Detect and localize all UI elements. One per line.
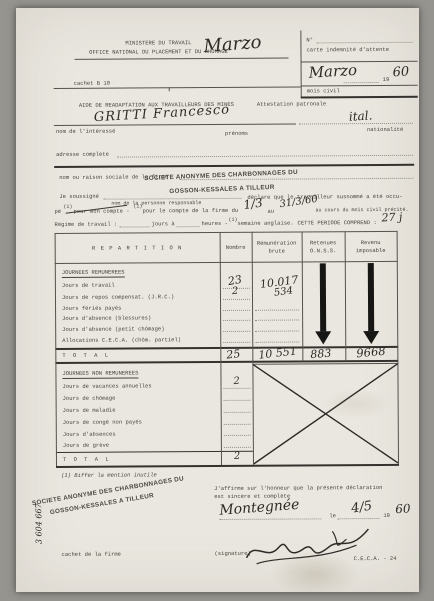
address-label: adresse complète [56,151,109,158]
row-label: Jours d'absence (petit chômage) [62,325,164,333]
arrow-down-retenues-head [315,331,331,344]
box-month-label: mois civil [307,87,340,94]
heures-label: heures - [202,220,228,227]
paper-stain [270,551,360,598]
handwritten-month: Marzo [203,32,263,57]
total1-label: T O T A L [62,352,110,359]
col-retenues-2: O.N.S.S. [302,247,345,254]
cell-remuneration: 534 [273,285,293,298]
box-bottom-rule [301,96,418,99]
stamp-number: 3 604 667 [34,503,43,544]
box-card-label: carte indemnité d'attente [306,46,389,54]
row-label: Jours de travail [62,282,115,289]
footnote: (1) Biffer la mention inutile [61,471,157,479]
declaration-intro: Je soussigné [59,193,99,200]
name-line [54,124,296,127]
total1-remuneration: 10 551 [258,345,298,362]
total1-revenu: 9668 [356,344,386,361]
box-month-line [344,82,379,83]
header-underline [75,58,289,60]
occ-rest: pour le compte de la firme du [142,207,238,215]
oath-line1: J'affirme sur l'honneur que la présente … [214,484,382,492]
row-label: Jours de grève [63,442,109,449]
box-month-value: Marzo [308,61,357,82]
box-number-label: N° [306,36,313,43]
form-ref: C.E.C.A. - 24 [354,555,397,562]
cell-nombre: 2 [233,376,240,387]
place-value: Montegnée [219,497,300,519]
row-label: Jours de chômage [63,395,116,402]
cell-nombre: 2 [232,286,239,297]
form-title-suffix: Attestation patronale [257,100,326,107]
cachet-top-label: cachet B 10 [74,80,110,87]
cachet-line [54,86,301,89]
arrow-down-revenu [368,263,374,331]
firm-stamp-line1: SOCIETE ANONYME DES CHARBONNAGES DU [144,169,298,182]
table-header-rule [55,261,398,264]
table-top-rule [55,231,398,234]
box-year-printed: 19 [383,76,390,83]
occ-note2: (1) [133,203,142,209]
semaine-note: (1) [228,217,237,223]
nationality-value: ital. [348,108,372,123]
row-label: Jours d'absence (blessures) [62,314,151,322]
section1-title: JOURNEES REMUNEREES [62,269,125,278]
name-label: nom de l'intéressé [56,128,115,135]
cachet-firm-label: cachet de la firme [62,551,121,558]
arrow-down-revenu-head [363,331,379,344]
occ-note1: (1) [63,204,72,210]
regime-line1 [120,226,150,227]
row-label: Allocations C.E.C.A. (chôm. partiel) [62,336,181,344]
box-year-value: 60 [392,64,409,80]
col-revenu-1: Revenu [345,239,397,246]
arrow-down-retenues [320,263,326,331]
col-remuneration-2: brute [252,247,302,254]
col-nombre: Nombre [220,244,252,251]
section-rule [54,164,414,168]
col-repartition: R E P A R T I T I O N [55,244,220,252]
nationality-label: nationalité [367,126,403,133]
regime-label: Régime de travail : [55,221,118,228]
row-label: Jours de congé non payés [63,418,142,425]
row-label: Jours de vacances annuelles [63,382,152,390]
periode-value: 27 j [381,210,403,224]
col-revenu-2: imposable [345,247,397,254]
address-line [117,155,413,158]
total1-retenues: 883 [310,347,332,362]
total2-label: T O T A L [63,456,111,463]
row-label: Jours de repos compensat. (J.R.C.) [62,293,174,301]
au-label: au [267,208,274,215]
occ-pe: pé [54,208,61,215]
total2-top-rule [56,451,253,454]
year-value: 60 [395,501,411,516]
jours-label: jours à [152,220,175,227]
date-value: 4/5 [350,499,373,517]
section2-title: JOURNEES NON REMUNEREES [62,369,138,378]
document: MINISTERE DU TRAVAIL OFFICE NATIONAL DU … [0,0,434,600]
cachet-tick [169,87,170,91]
row-label: Jours de maladie [63,407,116,414]
box-divider2 [301,85,418,87]
semaine-label: semaine anglaise. [238,220,294,227]
date-from-value: 1/3 [242,195,263,212]
year-printed: 19 [383,512,390,519]
col-retenues-1: Retenues [302,239,345,246]
row-label: Jours d'absences [63,431,116,438]
box-number-line [316,42,412,44]
row-label: Jours fériés payés [62,305,121,312]
total2-nombre: 2 [234,451,241,462]
firstname-label: prénoms [225,130,248,137]
regime-line2 [177,226,200,227]
col-remuneration-1: Rémunération [252,239,302,246]
table-bottom-rule [56,464,399,468]
total1-nombre: 25 [226,347,241,361]
declaration-right: déclare que le travailleur susnommé a ét… [247,193,402,201]
periode-label: CETTE PERIODE COMPREND : [298,219,377,226]
